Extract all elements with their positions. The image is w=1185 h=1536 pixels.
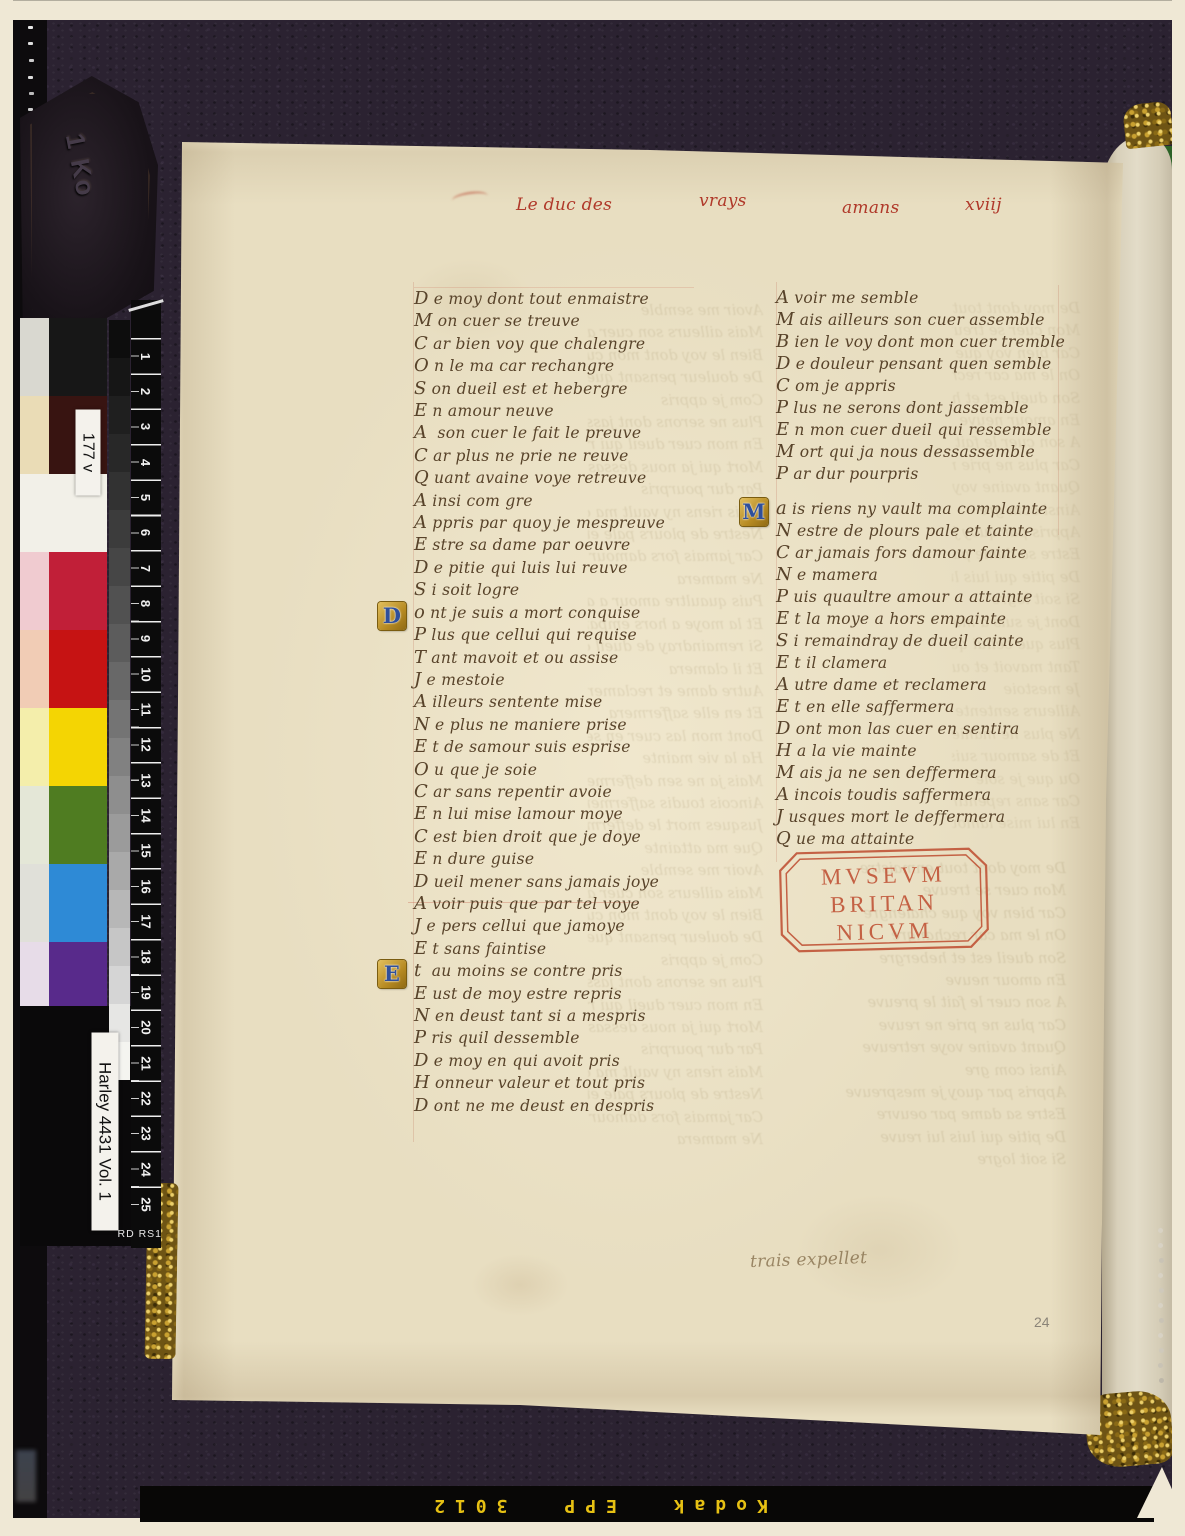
color-patch-light xyxy=(20,708,49,786)
verse-line: Et la moye a hors empainte xyxy=(776,608,1086,630)
verse-line: Nen deust tant si a mespris xyxy=(414,1005,724,1027)
gilt-edge-top-right xyxy=(1122,101,1174,150)
verse-line: Avoir me semble xyxy=(776,287,1086,309)
verse-line: A son cuer le fait le preuve xyxy=(414,422,724,444)
ruler-number: 23 xyxy=(131,1126,161,1142)
stanza: Et au moins se contre prisEust de moy es… xyxy=(414,960,724,1117)
verse-line: Ha la vie mainte xyxy=(776,740,1086,762)
verse-line: En amour neuve xyxy=(414,400,724,422)
verse-line: Appris par quoy je mespreuve xyxy=(414,512,724,534)
verse-line: ais riens ny vault ma complainte xyxy=(776,498,1086,520)
grayscale-step xyxy=(109,852,130,890)
catchword-inscription: trais expellet xyxy=(750,1248,868,1272)
grayscale-step xyxy=(109,928,130,966)
verse-line: On le ma car rechangre xyxy=(414,355,724,377)
verse-line: De pitie qui luis lui reuve xyxy=(414,557,724,579)
verse-line: Autre dame et reclamera xyxy=(776,674,1086,696)
ruler-number: 15 xyxy=(131,843,161,859)
verse-line: Car plus ne prie ne reuve xyxy=(414,445,724,467)
color-patch-light xyxy=(20,396,49,474)
color-patch-dark xyxy=(49,942,107,1006)
verse-line: Bien le voy dont mon cuer tremble xyxy=(776,331,1086,353)
grayscale-step xyxy=(109,548,130,586)
calibration-row xyxy=(20,318,107,396)
verse-line: Nestre de plours pale et tainte xyxy=(776,520,1086,542)
photo-border xyxy=(0,0,13,1536)
color-patch-dark xyxy=(49,708,107,786)
grayscale-step xyxy=(109,472,130,510)
stanza: De moy dont tout enmaistreMon cuer se tr… xyxy=(414,288,724,602)
running-title-part: amans xyxy=(842,198,900,218)
ruler-number: 25 xyxy=(131,1196,161,1212)
film-edge-dots xyxy=(1158,1228,1163,1233)
stamp-line: BRITAN xyxy=(830,890,938,918)
stanza: Avoir me sembleMais ailleurs son cuer as… xyxy=(776,287,1086,485)
calibration-row xyxy=(20,552,107,630)
ruler-number: 9 xyxy=(131,631,161,647)
stamp-line: NICVM xyxy=(836,918,933,946)
faint-red-mark xyxy=(451,190,488,207)
grayscale-step-wedge xyxy=(109,320,130,1080)
running-title-part: vrays xyxy=(699,191,747,211)
verse-line: Car sans repentir avoie xyxy=(414,781,724,803)
verse-line: Ne mamera xyxy=(776,564,1086,586)
ruler-number: 8 xyxy=(131,595,161,611)
ruler-number: 5 xyxy=(131,489,161,505)
verse-line: ont je suis a mort conquise xyxy=(414,602,724,624)
verse-line: Je pers cellui que jamoye xyxy=(414,915,724,937)
photo-border xyxy=(0,1522,1185,1536)
calibration-row xyxy=(20,786,107,864)
verse-line: Si soit logre xyxy=(414,579,724,601)
verse-line: En lui mise lamour moye xyxy=(414,803,724,825)
verse-line: Dont ne me deust en despris xyxy=(414,1095,724,1117)
ruler-number: 12 xyxy=(131,737,161,753)
ruler-number: 13 xyxy=(131,772,161,788)
grayscale-step xyxy=(109,700,130,738)
verse-line: Quant avaine voye retreuve xyxy=(414,467,724,489)
stamp-line: MVSEVM xyxy=(821,861,947,889)
running-title-part: Le duc des xyxy=(516,195,612,215)
verse-line: Et il clamera xyxy=(776,652,1086,674)
verse-line: Avoir puis que par tel voye xyxy=(414,893,724,915)
manuscript-photograph: 1 Ko Avoir me sembleMais ailleurs son cu… xyxy=(0,0,1185,1536)
photo-border xyxy=(1172,0,1185,1536)
verse-line: Estre sa dame par oeuvre xyxy=(414,534,724,556)
color-patch-dark xyxy=(49,552,107,630)
calibration-row xyxy=(20,942,107,1006)
verse-line: Car jamais fors damour fainte xyxy=(776,542,1086,564)
verse-line: Com je appris xyxy=(776,375,1086,397)
stanza: Mais riens ny vault ma complainteNestre … xyxy=(776,498,1086,850)
color-patch-light xyxy=(20,942,49,1006)
ruler-number: 17 xyxy=(131,914,161,930)
color-patch-dark xyxy=(49,786,107,864)
ruler-number: 21 xyxy=(131,1055,161,1071)
grayscale-step xyxy=(109,738,130,776)
verse-line: En dure guise xyxy=(414,848,724,870)
ruler-number: 4 xyxy=(131,454,161,470)
verse-line: Dont mon las cuer en sentira xyxy=(776,718,1086,740)
ruler-number: 22 xyxy=(131,1090,161,1106)
verse-line: Tant mavoit et ou assise xyxy=(414,647,724,669)
verse-line: Honneur valeur et tout pris xyxy=(414,1072,724,1094)
verse-line: Mon cuer se treuve xyxy=(414,310,724,332)
verse-line: En mon cuer dueil qui ressemble xyxy=(776,419,1086,441)
grayscale-step xyxy=(109,662,130,700)
grayscale-step xyxy=(109,396,130,434)
verse-column-left: De moy dont tout enmaistreMon cuer se tr… xyxy=(414,288,724,1117)
verse-line: Plus que cellui qui requise xyxy=(414,624,724,646)
color-patch-light xyxy=(20,318,49,396)
film-brand-text: Kodak EPP 3012 xyxy=(378,1492,814,1516)
ruler-number: 2 xyxy=(131,383,161,399)
grayscale-step xyxy=(109,890,130,928)
pencil-folio-number: 24 xyxy=(1034,1314,1050,1330)
verse-line: Ou que je soie xyxy=(414,759,724,781)
grayscale-step xyxy=(109,966,130,1004)
verse-line: Ainsi com gre xyxy=(414,490,724,512)
verse-line: Par dur pourpris xyxy=(776,463,1086,485)
folio-number-rubric: xviij xyxy=(965,195,1002,215)
ruler-number: 10 xyxy=(131,666,161,682)
ruler-number: 1 xyxy=(131,348,161,364)
verse-line: Ailleurs sentente mise xyxy=(414,691,724,713)
verse-line: Je mestoie xyxy=(414,669,724,691)
verse-line: Cest bien droit que je doye xyxy=(414,826,724,848)
ruler-number: 11 xyxy=(131,702,161,718)
ruler-number: 16 xyxy=(131,878,161,894)
ruler-number: 18 xyxy=(131,949,161,965)
calibration-row xyxy=(20,864,107,942)
color-patch-light xyxy=(20,786,49,864)
grayscale-step xyxy=(109,320,130,358)
calibration-row xyxy=(20,630,107,708)
verse-line: Car bien voy que chalengre xyxy=(414,333,724,355)
verse-line: Mais ja ne sen deffermera xyxy=(776,762,1086,784)
grayscale-step xyxy=(109,358,130,396)
verse-line: Plus ne serons dont jassemble xyxy=(776,397,1086,419)
verse-line: De moy en qui avoit pris xyxy=(414,1050,724,1072)
grayscale-step xyxy=(109,434,130,472)
color-patch-light xyxy=(20,630,49,708)
verse-line: Jusques mort le deffermera xyxy=(776,806,1086,828)
verse-line: Dueil mener sans jamais joye xyxy=(414,871,724,893)
ruler: 1234567891011121314151617181920212223242… xyxy=(131,300,161,1248)
page-weight-rim xyxy=(30,92,150,324)
verse-line: Eust de moy estre repris xyxy=(414,983,724,1005)
verse-line: Son dueil est et hebergre xyxy=(414,378,724,400)
ruler-number: 19 xyxy=(131,984,161,1000)
verse-line: Aincois toudis saffermera xyxy=(776,784,1086,806)
grayscale-step xyxy=(109,776,130,814)
folio-label: 177 v xyxy=(76,410,101,496)
ruler-number: 3 xyxy=(131,419,161,435)
grayscale-step xyxy=(109,510,130,548)
color-patch-dark xyxy=(49,318,107,396)
color-patch-dark xyxy=(49,630,107,708)
shelfmark-label: Harley 4431 Vol. 1 xyxy=(92,1033,119,1231)
color-patch-light xyxy=(20,864,49,942)
verse-line: Ne plus ne maniere prise xyxy=(414,714,724,736)
illuminated-initial: D xyxy=(378,602,406,630)
verse-line: De moy dont tout enmaistre xyxy=(414,288,724,310)
verse-line: Et de samour suis esprise xyxy=(414,736,724,758)
verse-line: Pris quil dessemble xyxy=(414,1027,724,1049)
illuminated-initial: M xyxy=(740,498,768,526)
verse-line: De douleur pensant quen semble xyxy=(776,353,1086,375)
verse-line: Et en elle saffermera xyxy=(776,696,1086,718)
verse-line: t au moins se contre pris xyxy=(414,960,724,982)
illuminated-initial: E xyxy=(378,960,406,988)
ruler-number: 14 xyxy=(131,808,161,824)
ruler-number: 20 xyxy=(131,1020,161,1036)
verse-line: Et sans faintise xyxy=(414,938,724,960)
ruler-number: 7 xyxy=(131,560,161,576)
verse-line: Mais ailleurs son cuer assemble xyxy=(776,309,1086,331)
verse-column-right: Avoir me sembleMais ailleurs son cuer as… xyxy=(776,287,1086,850)
color-patch-dark xyxy=(49,864,107,942)
film-edge-marks xyxy=(28,26,33,29)
film-edge-smudge xyxy=(16,1450,36,1502)
ruler-number: 24 xyxy=(131,1161,161,1177)
photo-border xyxy=(0,0,1185,20)
grayscale-step xyxy=(109,586,130,624)
verse-line: Mort qui ja nous dessassemble xyxy=(776,441,1086,463)
verse-line: Puis quaultre amour a attainte xyxy=(776,586,1086,608)
ruler-number: 6 xyxy=(131,525,161,541)
grayscale-step xyxy=(109,624,130,662)
verse-line: Si remaindray de dueil cainte xyxy=(776,630,1086,652)
stanza: Dont je suis a mort conquisePlus que cel… xyxy=(414,602,724,961)
museum-stamp: MVSEVM BRITAN NICVM xyxy=(777,845,994,957)
grayscale-step xyxy=(109,814,130,852)
calibration-row xyxy=(20,708,107,786)
color-patch-light xyxy=(20,552,49,630)
